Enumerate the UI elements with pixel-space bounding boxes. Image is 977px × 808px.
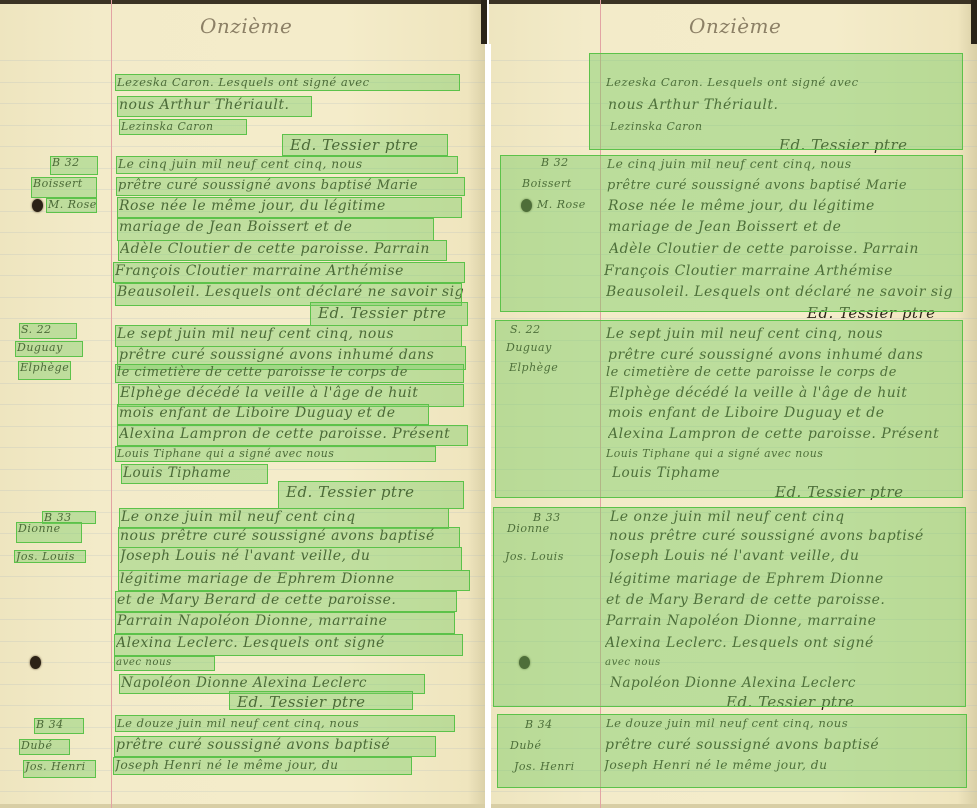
text-line-box[interactable] (119, 508, 449, 529)
ruled-line (0, 662, 487, 663)
text-line-box[interactable] (116, 156, 458, 174)
margin-note-box[interactable] (15, 341, 83, 357)
ruled-line (489, 791, 977, 792)
line-annotation-panel: OnzièmeLezeska Caron. Lesquels ont signé… (0, 0, 487, 808)
margin-note-box[interactable] (31, 177, 97, 198)
margin-note-box[interactable] (18, 361, 71, 380)
text-line-box[interactable] (113, 262, 465, 283)
text-line-box[interactable] (114, 736, 436, 757)
text-line-box[interactable] (117, 425, 468, 446)
text-line-box[interactable] (114, 656, 215, 671)
text-line-box[interactable] (115, 591, 457, 612)
page-bottom-edge (489, 804, 977, 808)
text-line-box[interactable] (118, 527, 460, 548)
margin-note-box[interactable] (46, 198, 97, 213)
text-region-box-s22[interactable] (495, 320, 963, 498)
signature-box[interactable] (310, 302, 468, 326)
margin-note-box[interactable] (19, 739, 70, 755)
text-region-box-continuation[interactable] (589, 53, 963, 150)
page-heading: Onzième (689, 14, 781, 38)
margin-note-box[interactable] (16, 522, 82, 543)
ruled-line (0, 791, 487, 792)
text-line-box[interactable] (117, 218, 434, 241)
text-line-box[interactable] (117, 404, 429, 425)
text-line-box[interactable] (119, 119, 247, 135)
text-line-box[interactable] (115, 446, 436, 462)
text-region-box-b32[interactable] (500, 155, 963, 312)
binding-hole (30, 656, 41, 669)
text-line-box[interactable] (115, 325, 462, 347)
panel-divider (485, 44, 491, 808)
text-line-box[interactable] (115, 612, 455, 634)
margin-note-box[interactable] (14, 550, 86, 563)
margin-note-box[interactable] (23, 760, 96, 778)
binding-hole (32, 199, 43, 212)
text-line-box[interactable] (113, 757, 412, 775)
text-line-box[interactable] (116, 177, 465, 196)
margin-rule (111, 0, 112, 808)
signature-box[interactable] (229, 691, 413, 710)
text-line-box[interactable] (115, 364, 464, 383)
text-line-box[interactable] (118, 240, 447, 261)
page-bottom-edge (0, 804, 487, 808)
text-line-box[interactable] (117, 197, 462, 218)
signature-box[interactable] (282, 134, 448, 156)
margin-note-box[interactable] (34, 718, 84, 734)
book-spine-shadow (971, 0, 977, 44)
text-line-box[interactable] (115, 74, 460, 91)
text-line-box[interactable] (118, 570, 470, 591)
book-spine-shadow (481, 0, 487, 44)
page-heading: Onzième (200, 14, 292, 38)
text-line-box[interactable] (121, 464, 268, 484)
text-region-box-b33[interactable] (493, 507, 966, 707)
text-line-box[interactable] (115, 715, 455, 732)
text-line-box[interactable] (118, 547, 462, 571)
book-top-edge (489, 0, 977, 4)
margin-note-box[interactable] (19, 323, 77, 339)
text-line-box[interactable] (117, 96, 312, 117)
text-region-box-b34[interactable] (497, 714, 967, 788)
margin-note-box[interactable] (50, 156, 98, 175)
signature-box[interactable] (278, 481, 464, 509)
ruled-line (0, 60, 487, 61)
region-annotation-panel: OnzièmeLezeska Caron. Lesquels ont signé… (489, 0, 977, 808)
book-top-edge (0, 0, 487, 4)
text-line-box[interactable] (114, 634, 463, 656)
